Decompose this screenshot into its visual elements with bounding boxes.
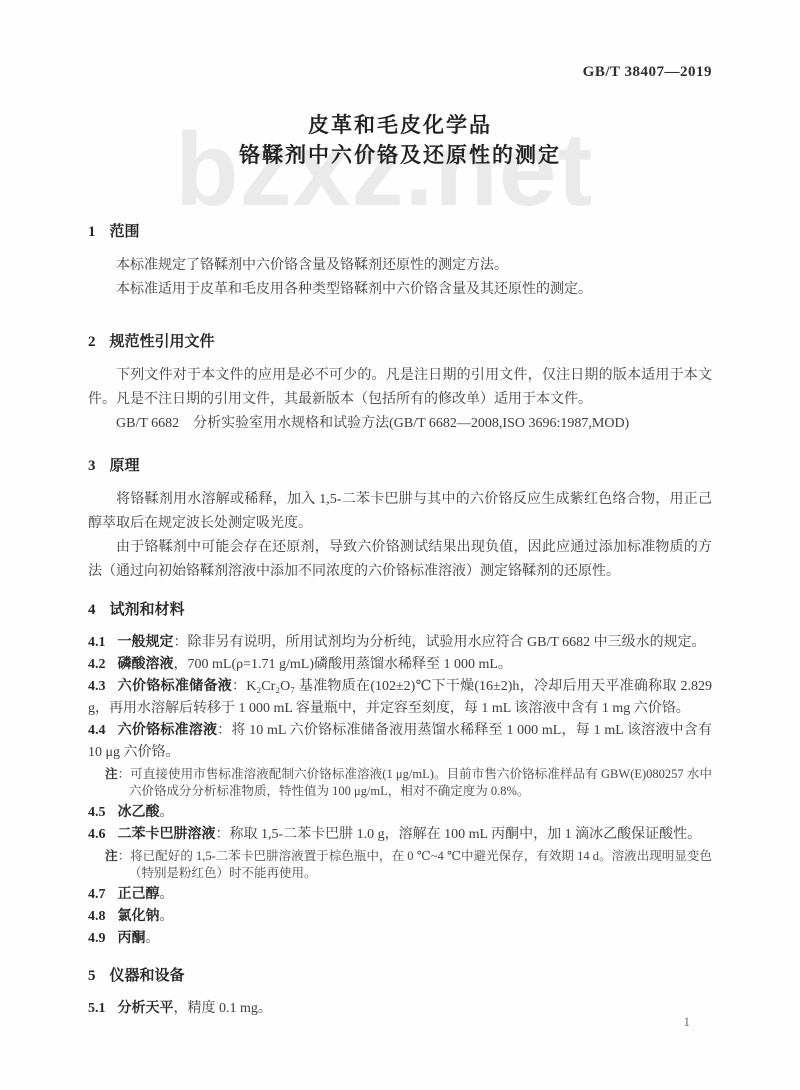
clause-number: 4.4 [88, 723, 106, 738]
standard-number: GB/T 38407—2019 [583, 64, 712, 80]
clause-4-3: 4.3六价铬标准储备液：K₂Cr₂O₇ 基准物质在(102±2)℃下干燥(16±… [88, 676, 712, 720]
clause-4-2: 4.2磷酸溶液，700 mL(ρ=1.71 g/mL)磷酸用蒸馏水稀释至 1 0… [88, 654, 712, 676]
clause-number: 4.9 [88, 931, 106, 946]
paragraph: 将铬鞣剂用水溶解或稀释，加入 1,5-二苯卡巴肼与其中的六价铬反应生成紫红色络合… [88, 488, 712, 536]
section-heading: 2规范性引用文件 [88, 332, 712, 352]
paragraph-group: 将铬鞣剂用水溶解或稀释，加入 1,5-二苯卡巴肼与其中的六价铬反应生成紫红色络合… [88, 488, 712, 584]
reference-entry: GB/T 6682 分析实验室用水规格和试验方法(GB/T 6682—2008,… [88, 412, 712, 436]
paragraph-group: 下列文件对于本文件的应用是必不可少的。凡是注日期的引用文件，仅注日期的版本适用于… [88, 364, 712, 436]
clause-list: 5.1分析天平，精度 0.1 mg。 [88, 998, 712, 1020]
section-heading: 4试剂和材料 [88, 600, 712, 620]
section-title: 试剂和材料 [110, 602, 185, 618]
section-number: 1 [88, 224, 96, 240]
clause-term: 冰乙酸 [118, 805, 160, 820]
clause-term: 一般规定 [118, 635, 174, 650]
document-content: GB/T 38407—2019 皮革和毛皮化学品 铬鞣剂中六价铬及还原性的测定 … [88, 0, 712, 1020]
clause-term: 氯化钠 [118, 909, 160, 924]
clause-text: ：除非另有说明，所用试剂均为分析纯，试验用水应符合 GB/T 6682 中三级水… [174, 635, 706, 650]
clause-number: 4.2 [88, 657, 106, 672]
clause-term: 六价铬标准溶液 [118, 723, 218, 738]
note-label: 注 [105, 767, 118, 781]
clause-list: 4.1一般规定：除非另有说明，所用试剂均为分析纯，试验用水应符合 GB/T 66… [88, 632, 712, 950]
clause-text: 。 [160, 805, 174, 820]
section-number: 4 [88, 602, 96, 618]
section-heading: 3原理 [88, 456, 712, 476]
clause-4-4: 4.4六价铬标准溶液：将 10 mL 六价铬标准储备液用蒸馏水稀释至 1 000… [88, 720, 712, 764]
note-4-6: 注：将已配好的 1,5-二苯卡巴肼溶液置于棕色瓶中，在 0 ℃~4 ℃中避光保存… [105, 848, 712, 882]
clause-text: 。 [160, 909, 174, 924]
clause-text: ，700 mL(ρ=1.71 g/mL)磷酸用蒸馏水稀释至 1 000 mL。 [174, 657, 512, 672]
section-number: 2 [88, 334, 96, 350]
clause-number: 4.5 [88, 805, 106, 820]
paragraph: 由于铬鞣剂中可能会存在还原剂，导致六价铬测试结果出现负值，因此应通过添加标准物质… [88, 536, 712, 584]
note-label: 注 [105, 849, 118, 863]
section-number: 5 [88, 968, 96, 984]
document-page: bzxz.net GB/T 38407—2019 皮革和毛皮化学品 铬鞣剂中六价… [0, 0, 800, 1090]
section-heading: 1范围 [88, 222, 712, 242]
document-title: 皮革和毛皮化学品 铬鞣剂中六价铬及还原性的测定 [88, 110, 712, 170]
section-reagents-materials: 4试剂和材料 4.1一般规定：除非另有说明，所用试剂均为分析纯，试验用水应符合 … [88, 600, 712, 950]
section-normative-references: 2规范性引用文件 下列文件对于本文件的应用是必不可少的。凡是注日期的引用文件，仅… [88, 332, 712, 436]
clause-5-1: 5.1分析天平，精度 0.1 mg。 [88, 998, 712, 1020]
section-apparatus: 5仪器和设备 5.1分析天平，精度 0.1 mg。 [88, 966, 712, 1020]
paragraph-group: 本标准规定了铬鞣剂中六价铬含量及铬鞣剂还原性的测定方法。 本标准适用于皮革和毛皮… [88, 254, 712, 302]
clause-4-8: 4.8氯化钠。 [88, 906, 712, 928]
paragraph: 本标准适用于皮革和毛皮用各种类型铬鞣剂中六价铬含量及其还原性的测定。 [88, 278, 712, 302]
section-scope: 1范围 本标准规定了铬鞣剂中六价铬含量及铬鞣剂还原性的测定方法。 本标准适用于皮… [88, 222, 712, 302]
clause-number: 4.6 [88, 827, 106, 842]
clause-term: 丙酮 [118, 931, 146, 946]
section-number: 3 [88, 458, 96, 474]
clause-4-5: 4.5冰乙酸。 [88, 802, 712, 824]
clause-4-7: 4.7正己醇。 [88, 884, 712, 906]
note-text: ：可直接使用市售标准溶液配制六价铬标准溶液(1 μg/mL)。目前市售六价铬标准… [118, 767, 712, 798]
clause-4-6: 4.6二苯卡巴肼溶液：称取 1,5-二苯卡巴肼 1.0 g，溶解在 100 mL… [88, 824, 712, 846]
clause-term: 正己醇 [118, 887, 160, 902]
clause-4-9: 4.9丙酮。 [88, 928, 712, 950]
clause-term: 分析天平 [118, 1001, 174, 1016]
clause-text: 。 [160, 887, 174, 902]
section-title: 范围 [110, 224, 140, 240]
clause-text: 。 [146, 931, 160, 946]
clause-term: 磷酸溶液 [118, 657, 174, 672]
clause-text: ：称取 1,5-二苯卡巴肼 1.0 g，溶解在 100 mL 丙酮中，加 1 滴… [216, 827, 702, 842]
section-heading: 5仪器和设备 [88, 966, 712, 986]
paragraph: 下列文件对于本文件的应用是必不可少的。凡是注日期的引用文件，仅注日期的版本适用于… [88, 364, 712, 412]
section-title: 仪器和设备 [110, 968, 185, 984]
document-title-line1: 皮革和毛皮化学品 [88, 110, 712, 140]
paragraph: 本标准规定了铬鞣剂中六价铬含量及铬鞣剂还原性的测定方法。 [88, 254, 712, 278]
note-text: ：将已配好的 1,5-二苯卡巴肼溶液置于棕色瓶中，在 0 ℃~4 ℃中避光保存，… [118, 849, 712, 880]
clause-text: ，精度 0.1 mg。 [174, 1001, 272, 1016]
clause-number: 5.1 [88, 1001, 106, 1016]
document-title-line2: 铬鞣剂中六价铬及还原性的测定 [88, 140, 712, 170]
clause-number: 4.3 [88, 679, 106, 694]
document-header: GB/T 38407—2019 [88, 0, 712, 82]
page-number: 1 [684, 1014, 691, 1030]
clause-number: 4.8 [88, 909, 106, 924]
clause-term: 二苯卡巴肼溶液 [118, 827, 216, 842]
section-title: 规范性引用文件 [110, 334, 215, 350]
clause-term: 六价铬标准储备液 [118, 679, 233, 694]
note-4-4: 注：可直接使用市售标准溶液配制六价铬标准溶液(1 μg/mL)。目前市售六价铬标… [105, 766, 712, 800]
clause-4-1: 4.1一般规定：除非另有说明，所用试剂均为分析纯，试验用水应符合 GB/T 66… [88, 632, 712, 654]
section-principle: 3原理 将铬鞣剂用水溶解或稀释，加入 1,5-二苯卡巴肼与其中的六价铬反应生成紫… [88, 456, 712, 584]
clause-number: 4.7 [88, 887, 106, 902]
clause-number: 4.1 [88, 635, 106, 650]
section-title: 原理 [110, 458, 140, 474]
